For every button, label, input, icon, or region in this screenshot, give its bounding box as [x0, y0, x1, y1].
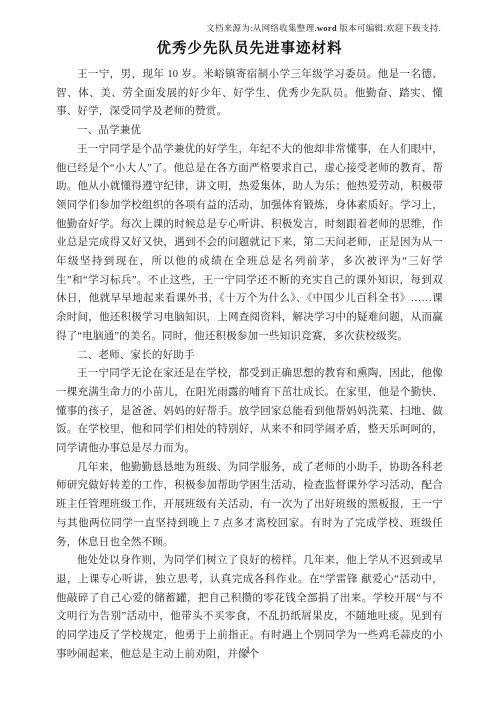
page-number: 1 [0, 645, 496, 655]
source-note-word-highlight: word [317, 23, 337, 33]
paragraph-intro: 王一宁，男，现年 10 岁。米峪镇寄宿制小学三年级学习委员。他是一名德、智、体、… [56, 66, 443, 122]
document-source-note: 文档来源为:从网络收集整理.word 版本可编辑.欢迎下载支持. [56, 22, 441, 34]
paragraph-section-2a: 王一宁同学无论在家还是在学校，都受到正确思想的教育和熏陶，因此，他像一棵充满生命… [56, 365, 443, 459]
document-page: 文档来源为:从网络收集整理.word 版本可编辑.欢迎下载支持. 优秀少先队员先… [0, 0, 496, 702]
section-heading-1: 一、品学兼优 [56, 122, 443, 141]
source-note-suffix: 版本可编辑.欢迎下载支持. [337, 23, 441, 33]
section-heading-2: 二、老师、家长的好助手 [56, 347, 443, 366]
paragraph-section-2b: 几年来，他勤勤恳恳地为班级、为同学服务，成了老师的小助手，协助各科老师研究做好转… [56, 459, 443, 553]
paragraph-section-1: 王一宁同学是个品学兼优的好学生，年纪不大的他却非常懂事，在人们眼中，他已经是个“… [56, 141, 443, 347]
source-note-prefix: 文档来源为:从网络收集整理. [206, 23, 317, 33]
document-title: 优秀少先队员先进事迹材料 [56, 38, 443, 60]
